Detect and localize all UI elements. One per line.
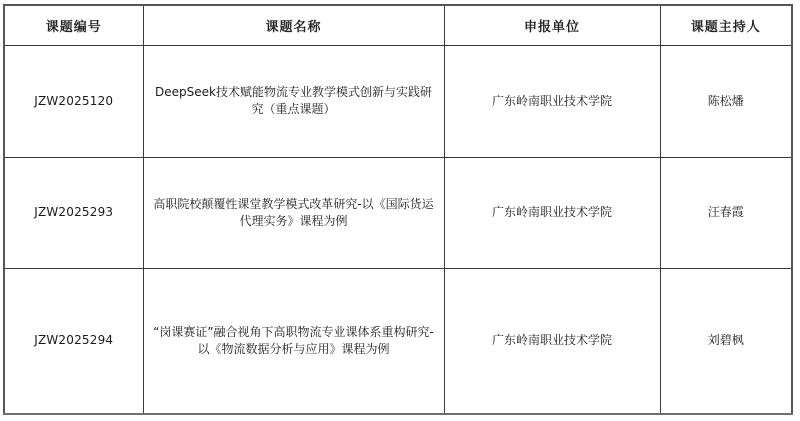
table-header: 课题编号 课题名称 申报单位 课题主持人 (4, 5, 792, 45)
table-body: JZW2025120 DeepSeek技术赋能物流专业教学模式创新与实践研究（重… (4, 45, 792, 414)
cell-applicant-unit: 广东岭南职业技术学院 (444, 268, 660, 414)
cell-project-host: 汪春霞 (660, 157, 792, 268)
header-project-host: 课题主持人 (660, 5, 792, 45)
header-applicant-unit: 申报单位 (444, 5, 660, 45)
cell-project-code: JZW2025293 (4, 157, 143, 268)
cell-project-title: “岗课赛证”融合视角下高职物流专业课体系重构研究-以《物流数据分析与应用》课程为… (143, 268, 444, 414)
cell-project-title: 高职院校颠覆性课堂教学模式改革研究-以《国际货运代理实务》课程为例 (143, 157, 444, 268)
header-project-code: 课题编号 (4, 5, 143, 45)
table-row: JZW2025294 “岗课赛证”融合视角下高职物流专业课体系重构研究-以《物流… (4, 268, 792, 414)
table-row: JZW2025120 DeepSeek技术赋能物流专业教学模式创新与实践研究（重… (4, 45, 792, 157)
project-table: 课题编号 课题名称 申报单位 课题主持人 JZW2025120 DeepSeek… (3, 4, 793, 415)
cell-project-host: 刘碧枫 (660, 268, 792, 414)
cell-project-code: JZW2025294 (4, 268, 143, 414)
cell-applicant-unit: 广东岭南职业技术学院 (444, 45, 660, 157)
cell-project-code: JZW2025120 (4, 45, 143, 157)
cell-project-host: 陈松燔 (660, 45, 792, 157)
table-row: JZW2025293 高职院校颠覆性课堂教学模式改革研究-以《国际货运代理实务》… (4, 157, 792, 268)
header-row: 课题编号 课题名称 申报单位 课题主持人 (4, 5, 792, 45)
cell-project-title: DeepSeek技术赋能物流专业教学模式创新与实践研究（重点课题） (143, 45, 444, 157)
cell-applicant-unit: 广东岭南职业技术学院 (444, 157, 660, 268)
header-project-title: 课题名称 (143, 5, 444, 45)
